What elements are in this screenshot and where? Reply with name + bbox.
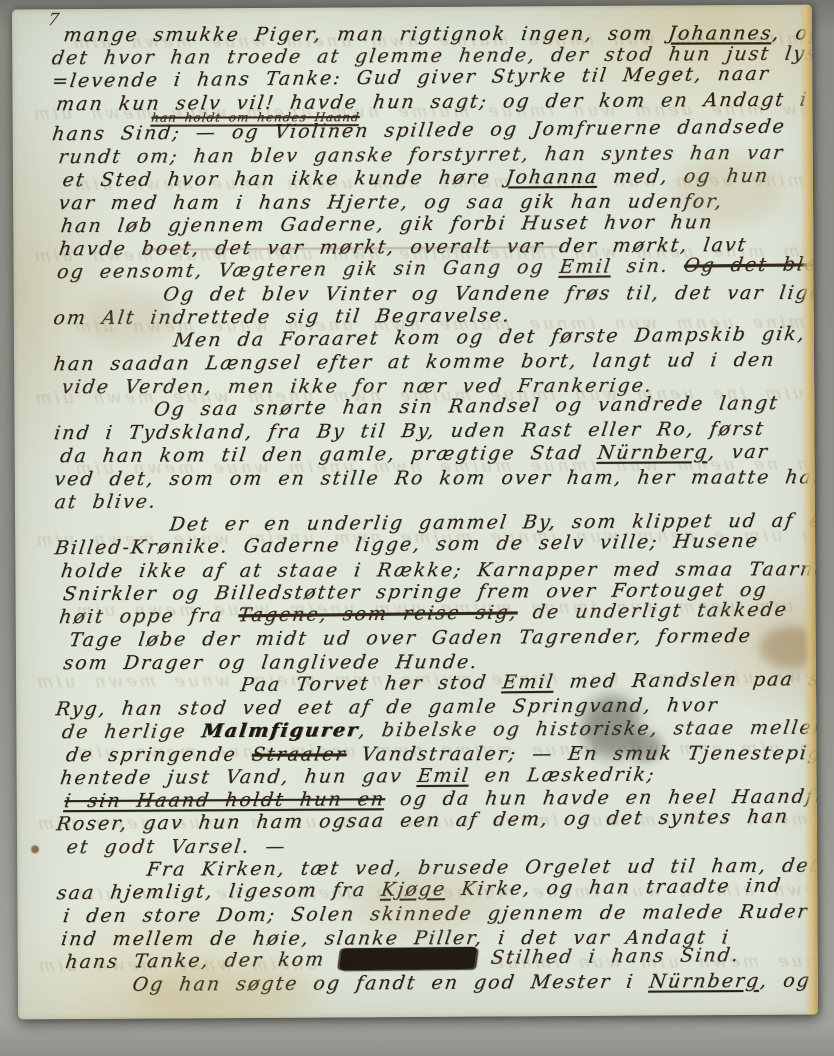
struck-out-text: Tagene, som reise sig, xyxy=(237,601,519,626)
inked-out-text: stille Fred xyxy=(339,947,478,970)
text-segment: høit oppe fra xyxy=(58,604,240,628)
text-segment: Stilhed i hans Sind. xyxy=(474,944,741,969)
text-segment: var med ham i hans Hjerte, og saa gik ha… xyxy=(57,190,724,214)
text-segment: Kirke, og han traadte ind xyxy=(445,875,784,901)
scanner-background: nuw mine uenm wun imnue muime nwm uneim … xyxy=(0,0,834,1056)
underlined-word: Nürnberg xyxy=(648,970,762,993)
underlined-word: Nürnberg xyxy=(596,441,710,464)
text-segment: og eensomt, Vægteren gik sin Gang og xyxy=(56,256,561,283)
text-segment: om Alt indrettede sig til Begravelse. xyxy=(52,304,512,329)
text-segment: med Randslen paa sin xyxy=(553,668,818,693)
text-segment: Tage løbe der midt ud over Gaden Tagrend… xyxy=(68,625,753,651)
text-segment: sin. xyxy=(610,255,685,278)
manuscript-line: Og han søgte og fandt en god Mester i Nü… xyxy=(131,970,803,997)
text-segment: hans Tanke, der kom xyxy=(64,948,342,973)
struck-out-text: Og det blev xyxy=(683,253,819,277)
underlined-word: Johanna xyxy=(504,166,599,189)
text-segment: Og det blev Vinter og Vandene frøs til, … xyxy=(162,282,818,306)
underlined-word: Emil xyxy=(558,255,613,278)
text-segment: , bibelske og historiske, staae mellem xyxy=(357,716,818,741)
underlined-word: Emil xyxy=(416,765,471,787)
text-segment: som Drager og langlivede Hunde. xyxy=(62,651,480,674)
manuscript-line: de herlige Malmfigurer, bibelske og hist… xyxy=(60,717,801,745)
text-segment: Paa Torvet her stod xyxy=(239,671,504,696)
text-segment: i den store Dom; Solen skinnede gjennem … xyxy=(62,901,810,928)
text-segment: han løb gjennem Gaderne, gik forbi Huset… xyxy=(59,211,714,237)
struck-out-text: Straaler xyxy=(250,743,348,765)
manuscript-text-block: mange smukke Piger, man rigtignok ingen,… xyxy=(50,20,800,998)
text-segment: at blive. xyxy=(53,491,158,514)
text-segment: Og han søgte og fandt en god Mester i xyxy=(131,971,651,996)
text-segment: de springende xyxy=(65,744,254,767)
text-segment: de herlige xyxy=(61,720,204,743)
text-segment: Malmfigurer xyxy=(200,719,360,742)
underlined-word: Emil xyxy=(501,671,556,694)
text-segment: hentede just Vand, hun gav xyxy=(59,765,419,789)
text-segment: Ryg, han stod ved eet af de gamle Spring… xyxy=(54,694,720,720)
text-segment: et Sted hvor han ikke kunde høre xyxy=(61,166,507,191)
text-segment: et godt Varsel. — xyxy=(65,836,288,859)
text-segment: Billed-Krønike. Gaderne ligge, som de se… xyxy=(53,530,760,559)
text-segment: de underligt takkede xyxy=(516,599,789,624)
ink-dot-stain xyxy=(31,845,39,853)
manuscript-line: i den store Dom; Solen skinnede gjennem … xyxy=(62,901,803,929)
manuscript-line: Tage løbe der midt ud over Gaden Tagrend… xyxy=(68,625,801,652)
text-segment: med, og hun xyxy=(597,165,771,188)
manuscript-line: Paa Torvet her stod Emil med Randslen pa… xyxy=(239,668,801,697)
text-segment: Vandstraaler; — En smuk Tjenestepige xyxy=(345,742,818,765)
text-segment: en Læskedrik; xyxy=(468,764,657,787)
text-segment: saa hjemligt, ligesom fra xyxy=(56,879,383,904)
text-segment: mange smukke Piger, man rigtignok ingen,… xyxy=(62,23,670,47)
text-segment: han saadan Længsel efter at komme bort, … xyxy=(52,349,777,375)
manuscript-line: han saadan Længsel efter at komme bort, … xyxy=(52,349,799,377)
underlined-word: Johannes xyxy=(667,22,774,44)
manuscript-line: et Sted hvor han ikke kunde høre Johanna… xyxy=(61,165,798,193)
text-segment: da han kom til den gamle, prægtige Stad xyxy=(59,442,599,467)
text-segment: , var xyxy=(707,441,770,463)
manuscript-paper: nuw mine uenm wun imnue muime nwm uneim … xyxy=(12,5,818,1020)
manuscript-line: da han kom til den gamle, prægtige Stad … xyxy=(59,441,800,469)
text-segment: rundt om; han blev ganske forstyrret, ha… xyxy=(57,142,786,168)
struck-out-text: i sin Haand holdt hun en xyxy=(63,788,387,812)
manuscript-line: Billed-Krønike. Gaderne ligge, som de se… xyxy=(53,529,800,560)
underlined-word: Kjøge xyxy=(380,878,448,901)
text-segment: ind i Tydskland, fra By til By, uden Ras… xyxy=(53,418,767,444)
